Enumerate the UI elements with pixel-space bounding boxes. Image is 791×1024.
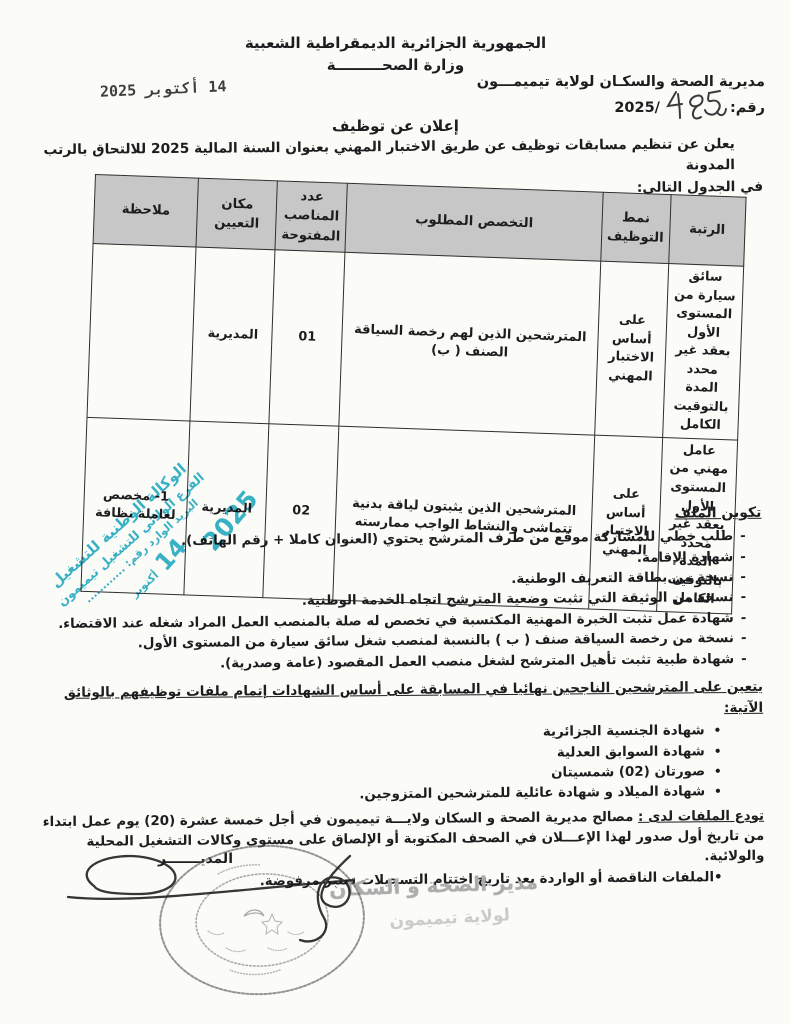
final-doc-item: صورتان (02) شمسيتان [551, 764, 705, 780]
cell-mode: على أساس الاختبار المهني [595, 261, 669, 437]
final-docs-heading: يتعين على المترشحين الناجحين نهائيا في ا… [28, 677, 763, 725]
dossier-item: نسخة من الوثيقة التي تثبت وضعية المترشح … [302, 590, 734, 609]
deposit-lead: تودع الملفات لدى : [638, 808, 764, 824]
deposit-paragraph: تودع الملفات لدى : مصالح مديرية الصحة و … [29, 806, 765, 874]
republic-title: الجمهورية الجزائرية الديمقراطية الشعبية [0, 34, 791, 52]
bullet-marker: • [714, 764, 722, 778]
final-doc-item: شهادة الميلاد و شهادة عائلية للمترشحين ا… [359, 785, 705, 803]
cell-note [87, 243, 196, 420]
col-header-rank: الرتبة [668, 195, 746, 267]
dossier-item: شهادة عمل تثبت الخبرة المهنية المكتسبة ف… [58, 611, 734, 632]
cell-rank: سائق سيارة من المستوى الأول بعقد غير محد… [662, 264, 743, 440]
date-stamp: 14 أكتوبر 2025 [100, 77, 227, 100]
national-header: الجمهورية الجزائرية الديمقراطية الشعبية … [0, 34, 791, 74]
col-header-positions: عدد المناصب المفتوحة [275, 181, 347, 252]
dash-marker: - [740, 570, 746, 585]
dossier-item: نسخة من بطاقة التعريف الوطنية. [511, 570, 733, 587]
final-doc-item: شهادة السوابق العدلية [557, 744, 705, 760]
col-header-specialty: التخصص المطلوب [345, 183, 603, 261]
table-row: سائق سيارة من المستوى الأول بعقد غير محد… [87, 243, 744, 440]
bullet-marker: • [714, 744, 722, 758]
director-label: المديـــــــر [158, 851, 233, 867]
cell-positions: 01 [269, 250, 345, 426]
dossier-item: طلب خطي للمشاركة موقع من طرف المترشح يحت… [181, 529, 733, 549]
directorate-block: مديرية الصحة والسكـان لولاية تيميمـــون … [477, 74, 765, 123]
page-title: إعلان عن توظيف [0, 117, 791, 135]
ministry-title: وزارة الصحـــــــــة [0, 56, 791, 74]
dash-marker: - [741, 651, 747, 666]
dossier-item: شهادة الإقامة. [637, 550, 733, 566]
dash-marker: - [741, 631, 747, 646]
bullet-marker: • [714, 723, 722, 737]
ref-label: رقم: [730, 100, 765, 116]
faded-stamp-text-2: لولاية تيميمون [330, 905, 511, 934]
dash-marker: - [740, 529, 746, 544]
bullet-marker: • [714, 784, 722, 798]
dossier-item: نسخة من رخصة السياقة صنف ( ب ) بالنسبة ل… [138, 631, 734, 651]
bullet-marker: • [714, 870, 723, 885]
dash-marker: - [740, 550, 746, 565]
cell-specialty: المترشحين الذين لهم رخصة السياقة الصنف (… [339, 252, 600, 435]
ref-year: 2025/ [614, 100, 660, 116]
cell-location: المديرية [190, 247, 275, 424]
final-doc-item: شهادة الجنسية الجزائرية [543, 724, 705, 740]
col-header-note: ملاحظة [93, 175, 199, 248]
col-header-mode: نمط التوظيف [601, 192, 671, 263]
dash-marker: - [741, 590, 747, 605]
col-header-location: مكان التعيين [196, 178, 277, 250]
dossier-item: شهادة طبية تثبت تأهيل المترشح لشغل منصب … [220, 652, 734, 671]
dash-marker: - [741, 611, 747, 626]
body-text: تكوين الملف -طلب خطي للمشاركة موقع من طر… [26, 503, 764, 895]
scanned-job-announcement-document: الجمهورية الجزائرية الديمقراطية الشعبية … [0, 0, 791, 1024]
